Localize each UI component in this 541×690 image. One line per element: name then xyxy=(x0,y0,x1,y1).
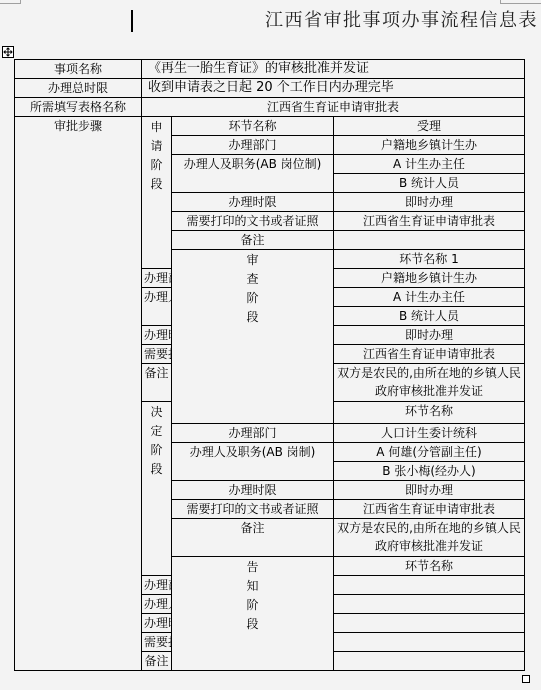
handler-b-value[interactable]: B 张小梅(经办人) xyxy=(334,462,525,481)
limit-label[interactable]: 办理时限 xyxy=(142,326,172,345)
handler-label[interactable]: 办理人及职务(AB 岗制) xyxy=(142,288,172,326)
document-title-block[interactable]: 江西省审批事项办事流程信息表 xyxy=(131,7,421,35)
page-corner-right xyxy=(500,0,541,4)
dept-label[interactable]: 办理部门 xyxy=(172,424,334,443)
stage-char: 阶 xyxy=(174,289,331,308)
remark-value[interactable]: 双方是农民的,由所在地的乡镇人民政府审核批准并发证 xyxy=(334,364,525,402)
docs-value[interactable] xyxy=(334,633,525,652)
docs-value[interactable]: 江西省生育证申请审批表 xyxy=(334,345,525,364)
docs-label[interactable]: 需要打印的文书或者证照 xyxy=(172,500,334,519)
stage-char: 申 xyxy=(144,118,169,137)
limit-value[interactable]: 即时办理 xyxy=(334,193,525,212)
stage-char: 阶 xyxy=(144,441,169,460)
stage-char: 决 xyxy=(144,403,169,422)
remark-label[interactable]: 备注 xyxy=(172,231,334,250)
remark-label[interactable]: 备注 xyxy=(142,652,172,671)
steps-label[interactable]: 审批步骤 xyxy=(15,117,142,671)
stage-3-label[interactable]: 决 定 阶 段 xyxy=(142,402,172,576)
limit-label[interactable]: 办理时限 xyxy=(142,614,172,633)
link-name-value[interactable]: 受理 xyxy=(334,117,525,136)
dept-label[interactable]: 办理部门 xyxy=(142,576,172,595)
dept-label[interactable]: 办理部门 xyxy=(172,136,334,155)
row-item-name: 事项名称 《再生一胎生育证》的审核批准并发证 xyxy=(15,60,525,79)
handler-label[interactable]: 办理人及职务(AB 岗制) xyxy=(172,443,334,481)
link-name-label[interactable]: 环节名称 xyxy=(172,117,334,136)
limit-label[interactable]: 办理时限 xyxy=(172,193,334,212)
limit-value[interactable]: 即时办理 xyxy=(334,481,525,500)
stage-char: 知 xyxy=(174,577,331,596)
stage-1-row-link-name: 审批步骤 申 请 阶 段 环节名称 受理 xyxy=(15,117,525,136)
remark-value[interactable] xyxy=(334,231,525,250)
stage-char: 请 xyxy=(144,137,169,156)
limit-label[interactable]: 办理时限 xyxy=(172,481,334,500)
limit-value[interactable]: 即时办理 xyxy=(334,326,525,345)
stage-1-label[interactable]: 申 请 阶 段 xyxy=(142,117,172,269)
row-form-name: 所需填写表格名称 江西省生育证申请审批表 xyxy=(15,98,525,117)
stage-char: 查 xyxy=(174,270,331,289)
docs-label[interactable]: 需要打印的文书或者证照 xyxy=(142,345,172,364)
docs-label[interactable]: 需要打印的文书或者证照 xyxy=(142,633,172,652)
stage-char: 段 xyxy=(174,615,331,634)
stage-char: 段 xyxy=(174,308,331,327)
handler-a-value[interactable]: A 计生办主任 xyxy=(334,288,525,307)
dept-value[interactable]: 户籍地乡镇计生办 xyxy=(334,269,525,288)
docs-value[interactable]: 江西省生育证申请审批表 xyxy=(334,500,525,519)
dept-value[interactable]: 人口计生委计统科 xyxy=(334,424,525,443)
dept-value[interactable]: 户籍地乡镇计生办 xyxy=(334,136,525,155)
time-limit-label[interactable]: 办理总时限 xyxy=(15,79,142,98)
table-resize-handle-icon[interactable] xyxy=(522,675,530,683)
table-move-handle-icon[interactable] xyxy=(2,46,14,58)
link-name-label[interactable]: 环节名称 xyxy=(334,402,525,424)
stage-4-label[interactable]: 告 知 阶 段 xyxy=(172,557,334,671)
remark-value[interactable] xyxy=(334,652,525,671)
stage-char: 段 xyxy=(144,460,169,479)
form-name-value[interactable]: 江西省生育证申请审批表 xyxy=(142,98,525,117)
process-info-table: 事项名称 《再生一胎生育证》的审核批准并发证 办理总时限 收到申请表之日起 20… xyxy=(14,59,525,671)
item-name-label[interactable]: 事项名称 xyxy=(15,60,142,79)
handler-value[interactable] xyxy=(334,595,525,614)
link-name-label[interactable]: 环节名称 xyxy=(334,557,525,576)
handler-a-value[interactable]: A 何雄(分管副主任) xyxy=(334,443,525,462)
item-name-value[interactable]: 《再生一胎生育证》的审核批准并发证 xyxy=(142,60,525,79)
form-name-label[interactable]: 所需填写表格名称 xyxy=(15,98,142,117)
stage-char: 段 xyxy=(144,175,169,194)
stage-char: 阶 xyxy=(174,596,331,615)
page-corner-left xyxy=(0,0,21,4)
remark-label[interactable]: 备注 xyxy=(172,519,334,557)
remark-label[interactable]: 备注 xyxy=(142,364,172,402)
text-cursor xyxy=(131,10,133,32)
docs-label[interactable]: 需要打印的文书或者证照 xyxy=(172,212,334,231)
time-limit-value[interactable]: 收到申请表之日起 20 个工作日内办理完毕 xyxy=(142,79,525,98)
limit-value[interactable] xyxy=(334,614,525,633)
stage-2-label[interactable]: 审 查 阶 段 xyxy=(172,250,334,424)
handler-b-value[interactable]: B 统计人员 xyxy=(334,174,525,193)
stage-char: 告 xyxy=(174,558,331,577)
stage-char: 阶 xyxy=(144,156,169,175)
docs-value[interactable]: 江西省生育证申请审批表 xyxy=(334,212,525,231)
stage-char: 审 xyxy=(174,251,331,270)
row-time-limit: 办理总时限 收到申请表之日起 20 个工作日内办理完毕 xyxy=(15,79,525,98)
document-title: 江西省审批事项办事流程信息表 xyxy=(265,7,538,35)
stage-char: 定 xyxy=(144,422,169,441)
move-arrows-icon xyxy=(3,47,13,57)
dept-value[interactable] xyxy=(334,576,525,595)
handler-label[interactable]: 办理人及职务(AB 岗制) xyxy=(142,595,172,614)
link-name-label[interactable]: 环节名称 1 xyxy=(334,250,525,269)
handler-label[interactable]: 办理人及职务(AB 岗位制) xyxy=(172,155,334,193)
handler-a-value[interactable]: A 计生办主任 xyxy=(334,155,525,174)
handler-b-value[interactable]: B 统计人员 xyxy=(334,307,525,326)
dept-label[interactable]: 办理部门 xyxy=(142,269,172,288)
remark-value[interactable]: 双方是农民的,由所在地的乡镇人民政府审核批准并发证 xyxy=(334,519,525,557)
